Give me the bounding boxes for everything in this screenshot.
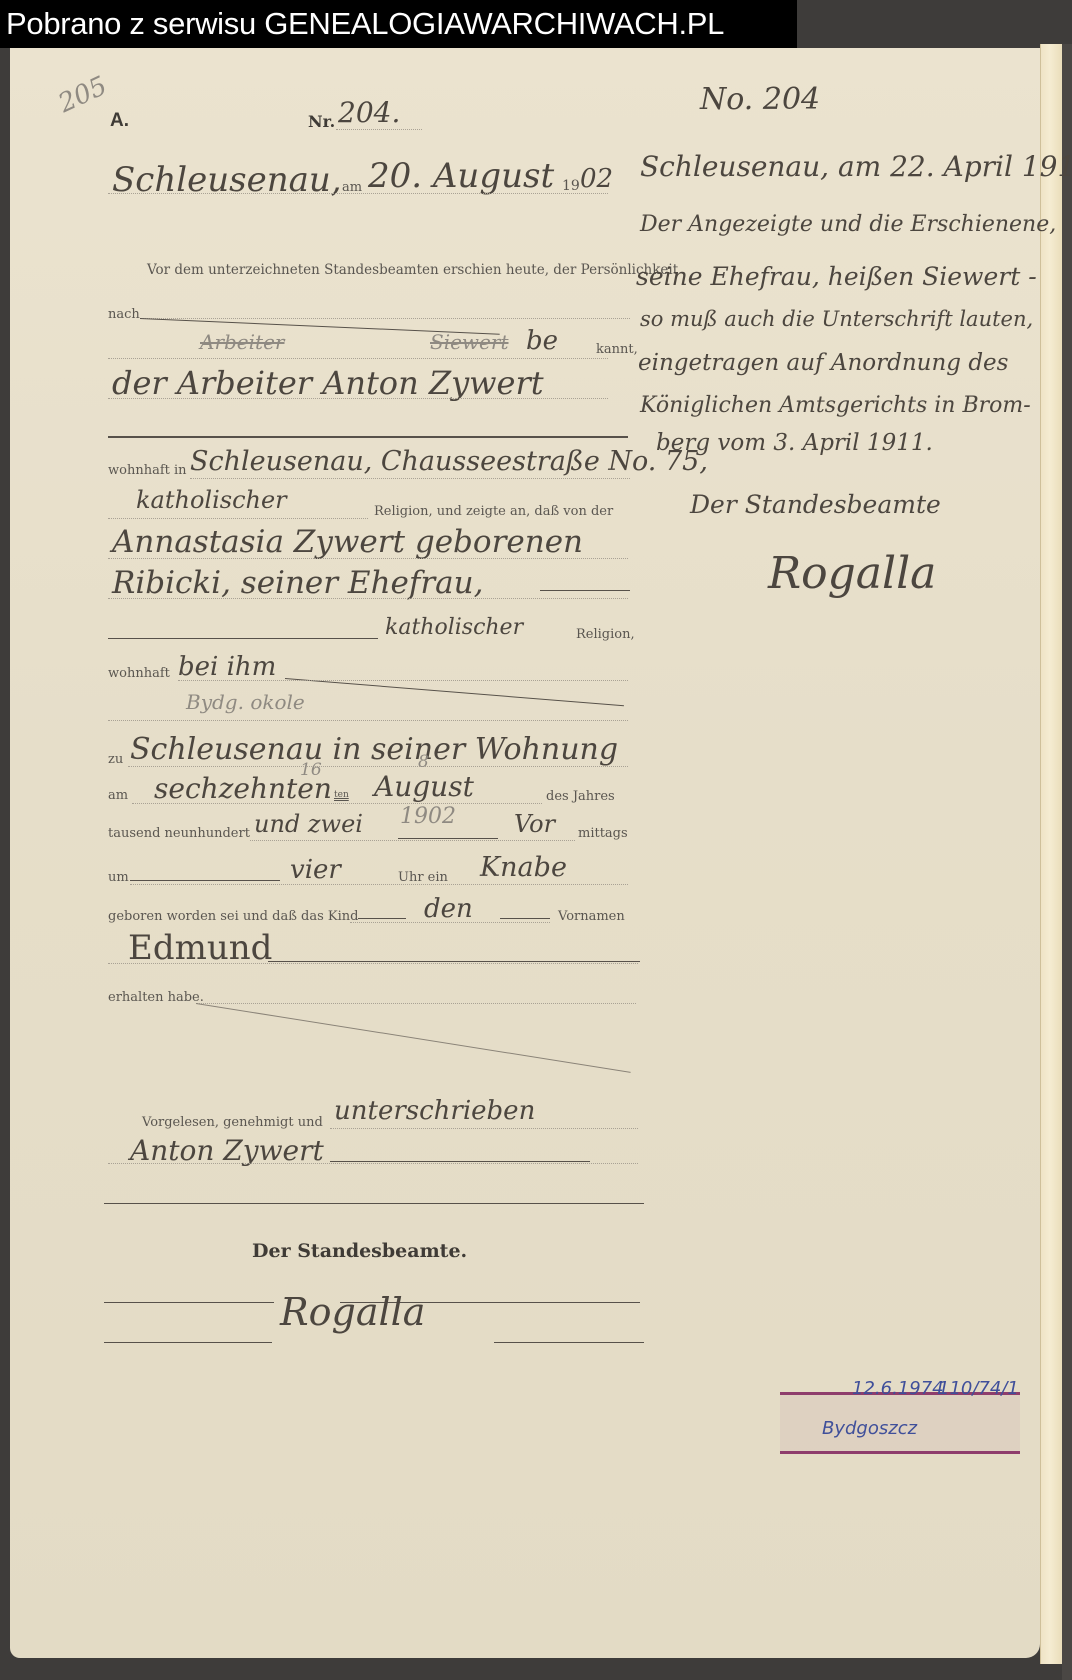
kannt-label: kannt, (596, 342, 638, 357)
am-label-2: am (108, 788, 128, 803)
form-letter: A. (110, 110, 129, 132)
annotation-nr: No. 204 (700, 82, 820, 117)
declarant-religion: katholischer (136, 486, 287, 514)
birth-month: August (374, 770, 474, 803)
tausend-label: tausend neunhundert (108, 826, 250, 841)
record-place: Schleusenau, (112, 160, 342, 200)
mittags-label: mittags (578, 826, 628, 841)
registrar-label: Der Standesbeamte. (252, 1240, 467, 1262)
birth-day-pencil: 16 (300, 760, 322, 780)
des-jahres-label: des Jahres (546, 789, 615, 804)
annotation-line: eingetragen auf Anordnung des (638, 350, 1008, 376)
nr-label: Nr. (308, 112, 335, 131)
religion-label-2: Religion, (576, 627, 635, 642)
child-name: Edmund (128, 928, 272, 968)
year-suffix: 02 (580, 164, 613, 194)
uhr-ein-label: Uhr ein (398, 870, 448, 885)
birth-year-pencil: 1902 (400, 804, 456, 829)
annotation-line: berg vom 3. April 1911. (656, 430, 933, 456)
wohnhaft-in-label: wohnhaft in (108, 463, 187, 478)
nach-label: nach (108, 307, 140, 322)
mother-residence: bei ihm (178, 652, 276, 682)
mother-name: Annastasia Zywert geborenen (112, 524, 583, 560)
declarant-residence: Schleusenau, Chausseestraße No. 75, (190, 446, 708, 477)
birth-hour: vier (290, 855, 341, 885)
stamp-city: Bydgoszcz (822, 1418, 917, 1439)
declarant-name: der Arbeiter Anton Zywert (112, 364, 544, 402)
pencil-note-bydgoszcz: Bydg. okole (186, 690, 305, 714)
be-hand: be (526, 326, 558, 356)
child-sex: Knabe (480, 852, 567, 883)
den-hand: den (424, 894, 473, 924)
annotation-closing: Der Standesbeamte (690, 490, 941, 519)
religion-label-1: Religion, und zeigte an, daß von der (374, 504, 613, 519)
erhalten-label: erhalten habe. (108, 990, 204, 1005)
annotation-line: seine Ehefrau, heißen Siewert - (636, 262, 1037, 291)
annotation-line: so muß auch die Unterschrift lauten, (640, 307, 1033, 331)
um-label: um (108, 870, 129, 885)
annotation-signature: Rogalla (768, 548, 936, 599)
mother-religion: katholischer (385, 615, 523, 640)
geboren-label: geboren worden sei und daß das Kind (108, 909, 358, 924)
unterschrieben-hand: unterschrieben (334, 1096, 535, 1126)
birth-year-words: und zwei (254, 810, 363, 838)
annotation-line: Königlichen Amtsgerichts in Brom- (640, 393, 1031, 418)
zu-label: zu (108, 752, 123, 767)
vorgelesen-label: Vorgelesen, genehmigt und (142, 1115, 323, 1130)
birth-place: Schleusenau in seiner Wohnung (130, 732, 618, 767)
annotation-line: Der Angezeigte und die Erschienene, (640, 212, 1056, 237)
crossed-surname: Siewert (430, 330, 509, 354)
vornamen-label: Vornamen (558, 909, 625, 924)
mother-maiden-name: Ribicki, seiner Ehefrau, (112, 565, 483, 601)
crossed-occupation: Arbeiter (200, 330, 284, 354)
registrar-signature: Rogalla (280, 1290, 425, 1334)
book-spine (1040, 44, 1063, 1664)
annotation-place-date: Schleusenau, am 22. April 1911 (640, 150, 1072, 183)
scan-edge (1062, 44, 1072, 1680)
intro-text: Vor dem unterzeichneten Standesbeamten e… (147, 262, 678, 278)
record-date: 20. August (368, 156, 554, 196)
year-prefix: 19 (562, 178, 580, 194)
stamp-date: 12.6.1974 (852, 1378, 944, 1399)
vor-hand: Vor (514, 810, 555, 838)
wohnhaft-label: wohnhaft (108, 666, 170, 681)
ten-label: ten (334, 790, 349, 800)
watermark-banner: Pobrano z serwisu GENEALOGIAWARCHIWACH.P… (0, 0, 797, 48)
nr-value: 204. (338, 96, 400, 129)
birth-month-pencil: 8 (418, 752, 429, 772)
stamp-reference: 110/74/1 (938, 1378, 1019, 1399)
